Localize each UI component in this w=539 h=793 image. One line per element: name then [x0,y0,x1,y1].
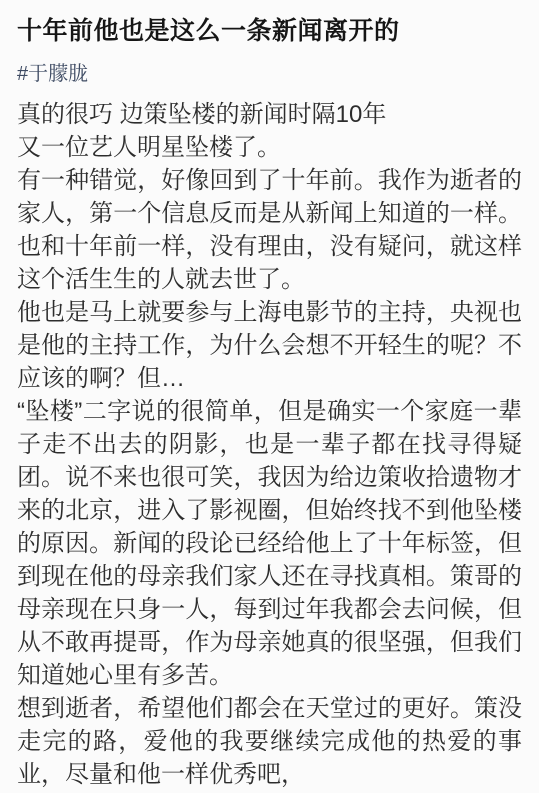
post-container: 十年前他也是这么一条新闻离开的 #于朦胧 真的很巧 边策坠楼的新闻时隔10年 又… [0,0,539,793]
post-body: 真的很巧 边策坠楼的新闻时隔10年 又一位艺人明星坠楼了。 有一种错觉，好像回到… [17,98,522,791]
post-paragraph: “坠楼”二字说的很简单，但是确实一个家庭一辈子走不出去的阴影，也是一辈子都在找寻… [17,395,522,692]
post-paragraph: 有一种错觉，好像回到了十年前。我作为逝者的家人，第一个信息反而是从新闻上知道的一… [17,164,522,296]
post-paragraph: 想到逝者，希望他们都会在天堂过的更好。策没走完的路，爱他的我要继续完成他的热爱的… [17,692,522,791]
post-paragraph: 他也是马上就要参与上海电影节的主持，央视也是他的主持工作，为什么会想不开轻生的呢… [17,296,522,395]
post-paragraph: 又一位艺人明星坠楼了。 [17,131,522,164]
hashtag-link[interactable]: #于朦胧 [17,58,522,90]
post-paragraph: 真的很巧 边策坠楼的新闻时隔10年 [17,98,522,131]
post-title: 十年前他也是这么一条新闻离开的 [17,12,522,50]
